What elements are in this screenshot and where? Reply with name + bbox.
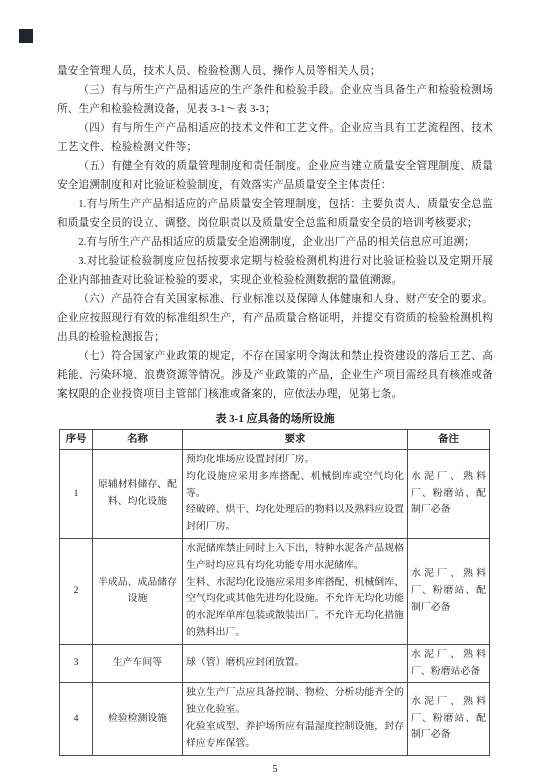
cell-facility-name: 原辅材料储存、配料、均化设施 — [93, 450, 183, 539]
column-header: 备注 — [408, 430, 490, 450]
paragraphs: 量安全管理人员，技术人员、检验检测人员、操作人员等相关人员；（三）有与所生产产品… — [57, 62, 493, 404]
cell-facility-name: 半成品、成品储存设施 — [93, 538, 183, 644]
paragraph: （四）有与所生产产品相适应的技术文件和工艺文件。企业应当具有工艺流程图、技术工艺… — [57, 119, 493, 157]
cell-note: 水泥厂、熟料厂、粉磨站必备 — [408, 644, 490, 683]
cell-requirements: 预均化堆场应设置封闭厂房。均化设施应采用多库搭配、机械倒库或空气均化等。经破碎、… — [183, 450, 408, 539]
cell-requirements: 水泥储库禁止同时上入下出，特种水泥各产品规格生产时均应具有均化功能专用水泥储库。… — [183, 538, 408, 644]
requirement-paragraph: 水泥储库禁止同时上入下出，特种水泥各产品规格生产时均应具有均化功能专用水泥储库。 — [186, 541, 404, 575]
cell-serial-number: 2 — [60, 538, 93, 644]
table-body: 1原辅材料储存、配料、均化设施预均化堆场应设置封闭厂房。均化设施应采用多库搭配、… — [60, 450, 490, 756]
paragraph: （五）有健全有效的质量管理制度和责任制度。企业应当建立质量安全管理制度、质量安全… — [57, 157, 493, 195]
column-header: 要求 — [183, 430, 408, 450]
requirement-paragraph: 独立生产厂点应具备控制、物检、分析功能齐全的独立化验室。 — [186, 685, 404, 719]
column-header: 名称 — [93, 430, 183, 450]
table-row: 2半成品、成品储存设施水泥储库禁止同时上入下出，特种水泥各产品规格生产时均应具有… — [60, 538, 490, 644]
corner-marker — [19, 29, 33, 43]
requirement-paragraph: 均化设施应采用多库搭配、机械倒库或空气均化等。 — [186, 469, 404, 503]
table-row: 4检验检测设施独立生产厂点应具备控制、物检、分析功能齐全的独立化验室。化验室成型… — [60, 683, 490, 755]
column-header: 序号 — [60, 430, 93, 450]
cell-serial-number: 4 — [60, 683, 93, 755]
cell-note: 水泥厂、熟料厂、粉磨站、配制厂必备 — [408, 683, 490, 755]
requirement-paragraph: 球（管）磨机应封闭放置。 — [186, 655, 404, 672]
requirement-paragraph: 经破碎、烘干、均化处理后的物料以及熟料应设置封闭厂房。 — [186, 502, 404, 536]
requirement-paragraph: 化验室成型、养护场所应有温湿度控制设施，封存样应专库保管。 — [186, 719, 404, 753]
table-title: 表 3-1 应具备的场所设施 — [57, 412, 493, 426]
page-number: 5 — [57, 764, 493, 775]
table-row: 3生产车间等球（管）磨机应封闭放置。水泥厂、熟料厂、粉磨站必备 — [60, 644, 490, 683]
paragraph: 3.对比验证检验制度应包括按要求定期与检验检测机构进行对比验证检验以及定期开展企… — [57, 252, 493, 290]
requirement-paragraph: 预均化堆场应设置封闭厂房。 — [186, 452, 404, 469]
paragraph: （七）符合国家产业政策的规定，不存在国家明令淘汰和禁止投资建设的落后工艺、高耗能… — [57, 347, 493, 404]
requirement-paragraph: 生料、水泥均化设施应采用多库搭配、机械倒库、空气均化或其他先进均化设施。不允许无… — [186, 575, 404, 642]
cell-serial-number: 1 — [60, 450, 93, 539]
document-page: 量安全管理人员，技术人员、检验检测人员、操作人员等相关人员；（三）有与所生产产品… — [57, 62, 493, 775]
cell-facility-name: 检验检测设施 — [93, 683, 183, 755]
facilities-table: 序号名称要求备注 1原辅材料储存、配料、均化设施预均化堆场应设置封闭厂房。均化设… — [59, 429, 490, 756]
paragraph: 量安全管理人员，技术人员、检验检测人员、操作人员等相关人员； — [57, 62, 493, 81]
cell-note: 水泥厂、熟料厂、粉磨站、配制厂必备 — [408, 450, 490, 539]
table-row: 1原辅材料储存、配料、均化设施预均化堆场应设置封闭厂房。均化设施应采用多库搭配、… — [60, 450, 490, 539]
paragraph: 2.有与所生产产品相适应的质量安全追溯制度，企业出厂产品的相关信息应可追溯； — [57, 233, 493, 252]
table-header-row: 序号名称要求备注 — [60, 430, 490, 450]
cell-requirements: 独立生产厂点应具备控制、物检、分析功能齐全的独立化验室。化验室成型、养护场所应有… — [183, 683, 408, 755]
paragraph: 1.有与所生产产品相适应的产品质量安全管理制度，包括：主要负责人、质量安全总监和… — [57, 195, 493, 233]
paragraph: （三）有与所生产产品相适应的生产条件和检验手段。企业应当具备生产和检验检测场所、… — [57, 81, 493, 119]
paragraph: （六）产品符合有关国家标准、行业标准以及保障人体健康和人身、财产安全的要求。企业… — [57, 290, 493, 347]
cell-note: 水泥厂、熟料厂、粉磨站、配制厂必备 — [408, 538, 490, 644]
cell-serial-number: 3 — [60, 644, 93, 683]
cell-facility-name: 生产车间等 — [93, 644, 183, 683]
cell-requirements: 球（管）磨机应封闭放置。 — [183, 644, 408, 683]
